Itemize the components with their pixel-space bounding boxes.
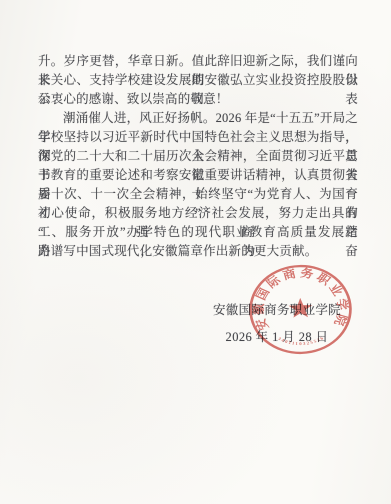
signature-organization: 安徽国际商务职业学院 [213,300,341,318]
letter-body: 升。岁序更替，华章日新。值此辞旧迎新之际，我们谨向长期以来关心、支持学校建设发展… [38,52,358,261]
signature-block: 安徽国际商务职业学院 2026 年 1 月 28 日 [213,300,341,345]
body-line: 升。岁序更替，华章日新。值此辞旧迎新之际，我们谨向长期以 [38,52,358,71]
body-line: 潮涌催人进，风正好扬帆。2026 年是“十五五”开局之年， [38,109,358,128]
body-line: 初心使命，积极服务地方经济社会发展，努力走出具有“强商精 [38,204,358,223]
body-line: 彻党的二十大和二十届历次全会精神，全面贯彻习近平总书记关 [38,147,358,166]
body-line: 力谱写中国式现代化安徽篇章作出新的更大贡献。 [38,242,358,261]
letter-page: 升。岁序更替，华章日新。值此辞旧迎新之际，我们谨向长期以来关心、支持学校建设发展… [0,0,391,504]
body-line: 于教育的重要论述和考察安徽重要讲话精神，认真贯彻省委十一 [38,166,358,185]
body-line: 届十次、十一次全会精神，始终坚守“为党育人、为国育才”的 [38,185,358,204]
body-line: 工、服务开放”办学特色的现代职业教育高质量发展之路，为奋 [38,223,358,242]
body-line: 来关心、支持学校建设发展的安徽弘立实业投资控股股份公司表 [38,71,358,90]
signature-date: 2026 年 1 月 28 日 [213,327,341,345]
body-line: 学校坚持以习近平新时代中国特色社会主义思想为指导，深入贯 [38,128,358,147]
